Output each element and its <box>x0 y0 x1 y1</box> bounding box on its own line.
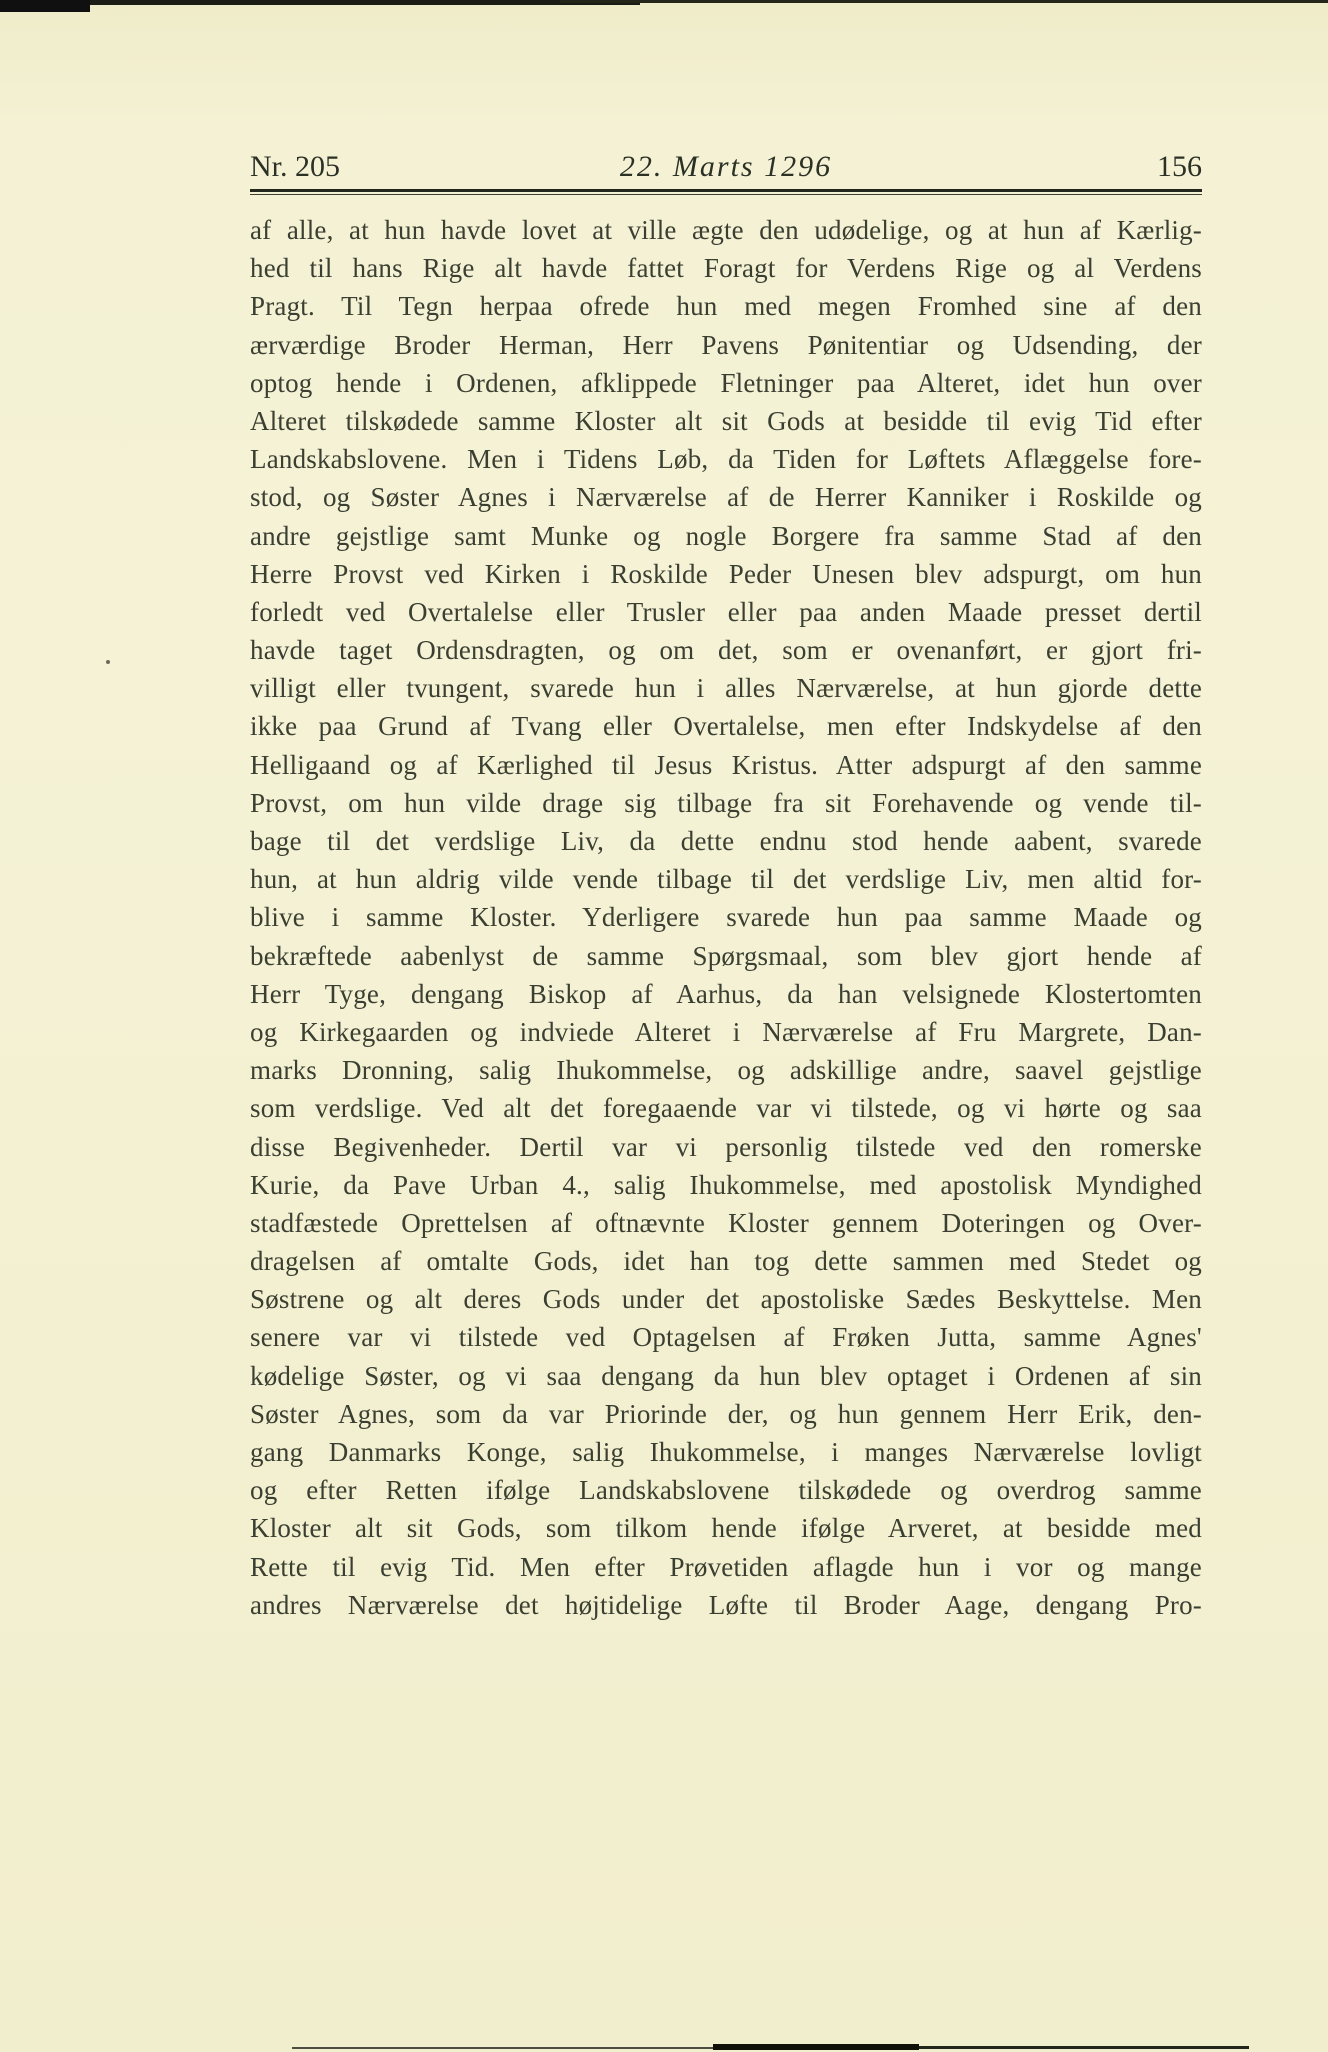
text-line: bekræftede aabenlyst de samme Spørgsmaal… <box>250 937 1202 975</box>
header-rule <box>250 189 1202 195</box>
scan-artifact-top-left-blob <box>0 0 90 12</box>
text-line: senere var vi tilstede ved Optagelsen af… <box>250 1318 1202 1356</box>
scanned-book-page: Nr. 205 22. Marts 1296 156 af alle, at h… <box>0 0 1328 2052</box>
scan-artifact-bottom-strip-center <box>713 2044 919 2050</box>
text-line: optog hende i Ordenen, afklippede Fletni… <box>250 364 1202 402</box>
scan-artifact-bottom-strip-right <box>919 2046 1249 2049</box>
text-line: forledt ved Overtalelse eller Trusler el… <box>250 593 1202 631</box>
text-line: stod, og Søster Agnes i Nærværelse af de… <box>250 478 1202 516</box>
document-date: 22. Marts 1296 <box>620 150 832 184</box>
text-line: ikke paa Grund af Tvang eller Overtalels… <box>250 707 1202 745</box>
scan-artifact-top-strip-right <box>560 0 1328 3</box>
text-line: Søster Agnes, som da var Priorinde der, … <box>250 1395 1202 1433</box>
text-line: villigt eller tvungent, svarede hun i al… <box>250 669 1202 707</box>
scan-artifact-top-strip <box>0 0 640 5</box>
text-line: og Kirkegaarden og indviede Alteret i Næ… <box>250 1013 1202 1051</box>
document-number: Nr. 205 <box>250 150 340 184</box>
text-line: Søstrene og alt deres Gods under det apo… <box>250 1280 1202 1318</box>
page-number: 156 <box>1157 150 1202 184</box>
text-line: af alle, at hun havde lovet at ville ægt… <box>250 211 1202 249</box>
text-line: blive i samme Kloster. Yderligere svared… <box>250 898 1202 936</box>
text-line: andre gejstlige samt Munke og nogle Borg… <box>250 517 1202 555</box>
text-line: som verdslige. Ved alt det foregaaende v… <box>250 1089 1202 1127</box>
text-line: havde taget Ordensdragten, og om det, so… <box>250 631 1202 669</box>
text-line: Pragt. Til Tegn herpaa ofrede hun med me… <box>250 287 1202 325</box>
text-line: Alteret tilskødede samme Kloster alt sit… <box>250 402 1202 440</box>
text-line: Helligaand og af Kærlighed til Jesus Kri… <box>250 746 1202 784</box>
text-line: Kloster alt sit Gods, som tilkom hende i… <box>250 1509 1202 1547</box>
text-line: Herr Tyge, dengang Biskop af Aarhus, da … <box>250 975 1202 1013</box>
running-header: Nr. 205 22. Marts 1296 156 <box>250 150 1202 186</box>
scan-speck <box>106 660 110 664</box>
text-line: marks Dronning, salig Ihukommelse, og ad… <box>250 1051 1202 1089</box>
text-line: Rette til evig Tid. Men efter Prøvetiden… <box>250 1548 1202 1586</box>
text-line: gang Danmarks Konge, salig Ihukommelse, … <box>250 1433 1202 1471</box>
text-line: dragelsen af omtalte Gods, idet han tog … <box>250 1242 1202 1280</box>
text-line: hed til hans Rige alt havde fattet Forag… <box>250 249 1202 287</box>
text-line: andres Nærværelse det højtidelige Løfte … <box>250 1586 1202 1624</box>
text-line: bage til det verdslige Liv, da dette end… <box>250 822 1202 860</box>
text-line: hun, at hun aldrig vilde vende tilbage t… <box>250 860 1202 898</box>
text-line: og efter Retten ifølge Landskabslovene t… <box>250 1471 1202 1509</box>
text-line: Kurie, da Pave Urban 4., salig Ihukommel… <box>250 1166 1202 1204</box>
text-line: Herre Provst ved Kirken i Roskilde Peder… <box>250 555 1202 593</box>
page-content-column: Nr. 205 22. Marts 1296 156 af alle, at h… <box>250 150 1202 1624</box>
body-text: af alle, at hun havde lovet at ville ægt… <box>250 211 1202 1624</box>
scan-artifact-bottom-strip-left <box>292 2047 722 2049</box>
text-line: disse Begivenheder. Dertil var vi person… <box>250 1128 1202 1166</box>
text-line: kødelige Søster, og vi saa dengang da hu… <box>250 1357 1202 1395</box>
text-line: ærværdige Broder Herman, Herr Pavens Pøn… <box>250 326 1202 364</box>
text-line: Landskabslovene. Men i Tidens Løb, da Ti… <box>250 440 1202 478</box>
text-line: Provst, om hun vilde drage sig tilbage f… <box>250 784 1202 822</box>
text-line: stadfæstede Oprettelsen af oftnævnte Klo… <box>250 1204 1202 1242</box>
